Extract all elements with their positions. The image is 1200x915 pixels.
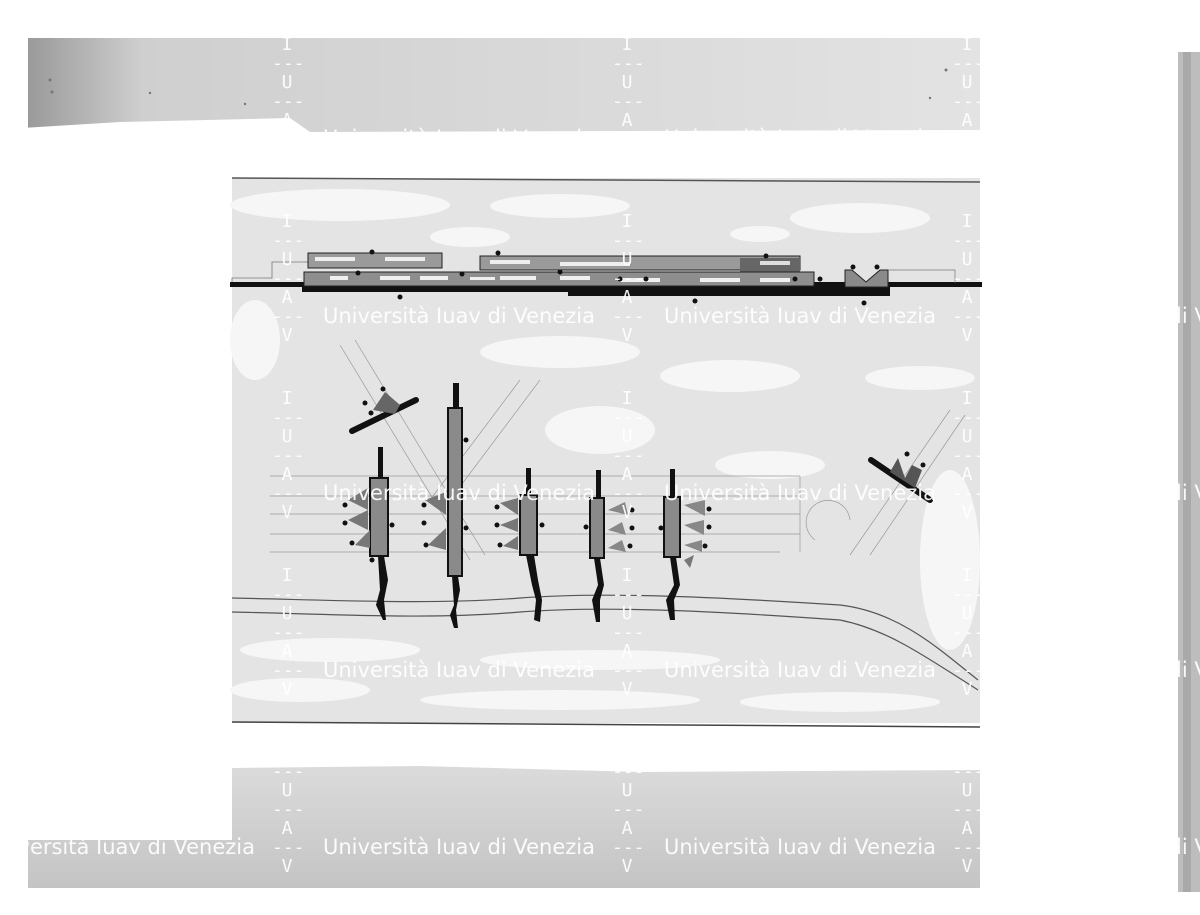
architectural-drawing — [0, 0, 1200, 915]
photo-frame: Università Iuav di Venezia Università Iu… — [0, 0, 1200, 915]
